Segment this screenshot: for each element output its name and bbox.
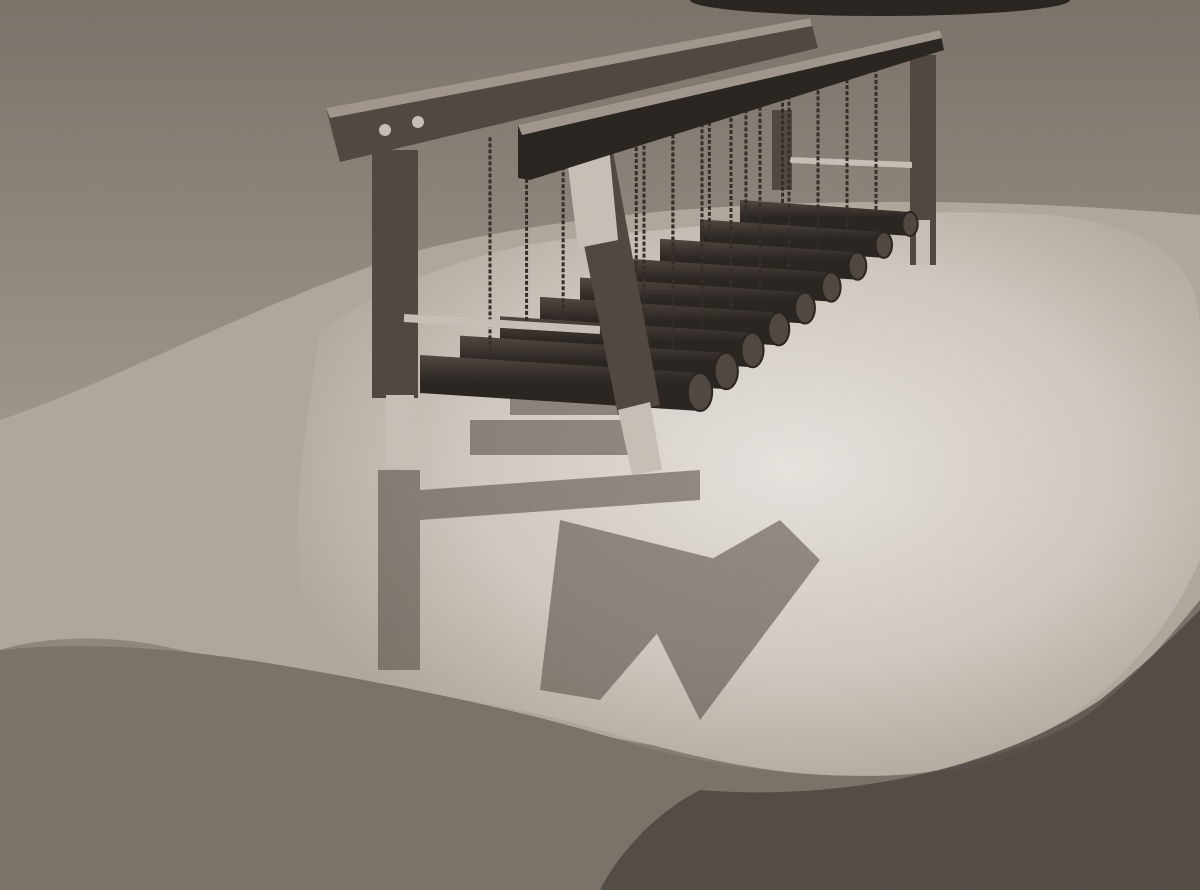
photograph — [0, 0, 1200, 890]
playground-bridge-scene — [0, 0, 1200, 890]
film-grain — [0, 0, 1200, 890]
